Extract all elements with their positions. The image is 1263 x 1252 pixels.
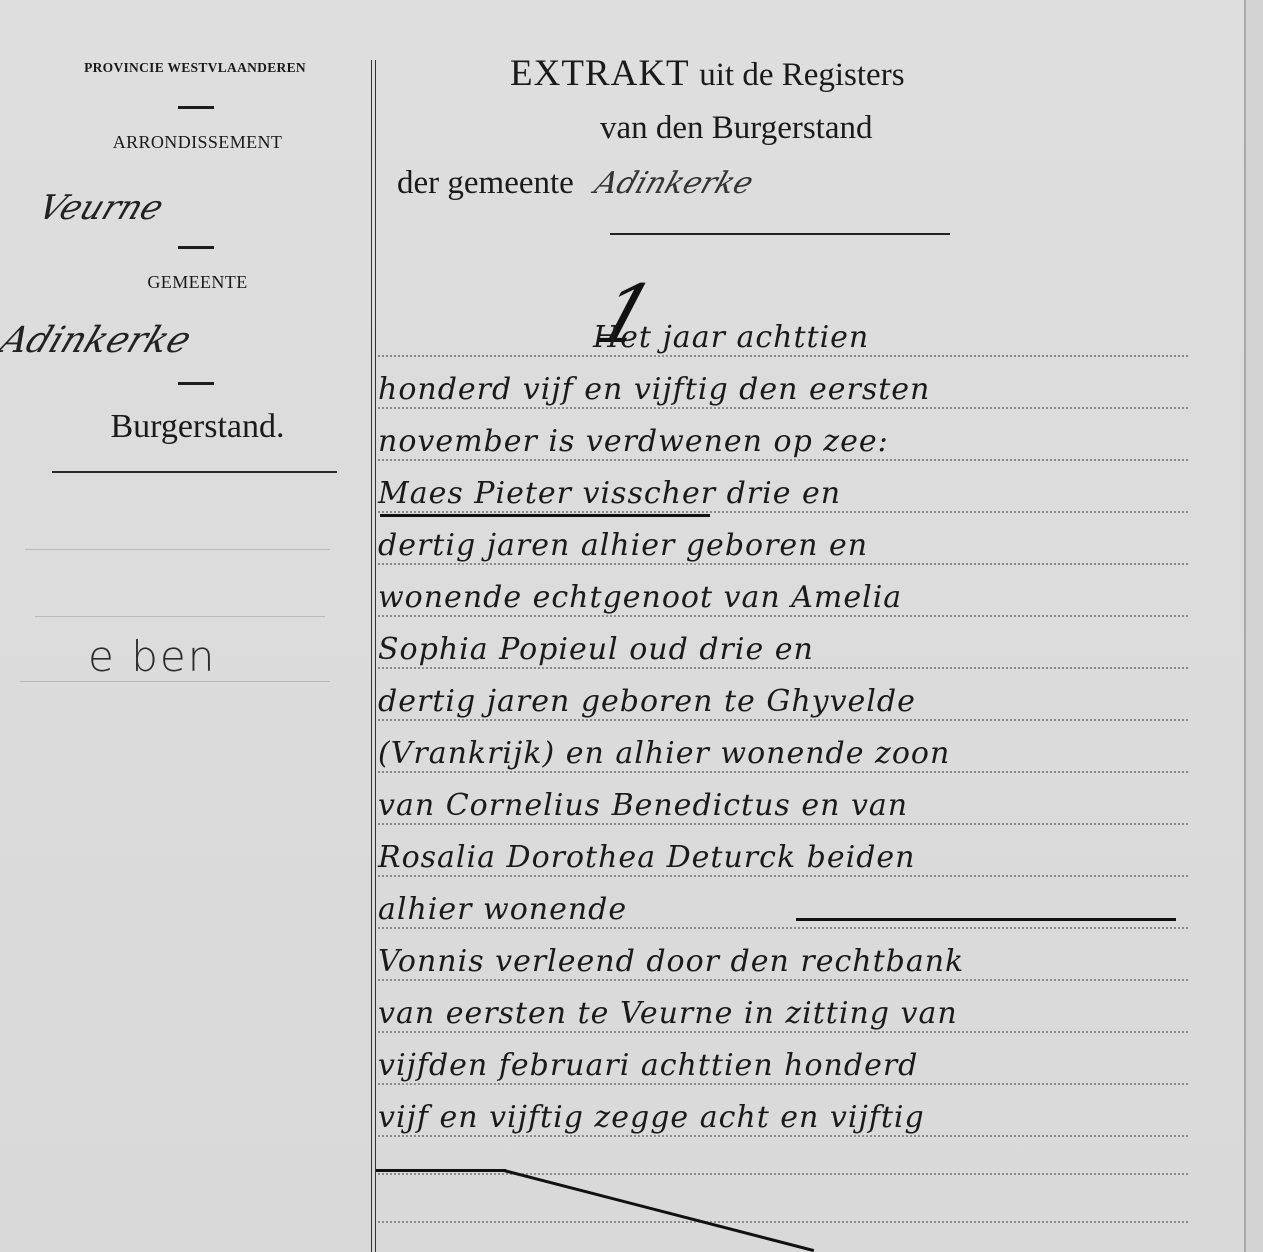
record-line: vijf en vijftig zegge acht en vijftig xyxy=(378,1100,925,1135)
record-line: alhier wonende xyxy=(378,892,627,927)
dotted-rule xyxy=(378,927,1188,929)
title-rule xyxy=(610,233,950,235)
margin-ruled-line xyxy=(25,549,330,550)
record-line: Vonnis verleend door den rechtbank xyxy=(378,944,964,979)
record-line: Het jaar achttien xyxy=(593,320,869,355)
municipality-line: der gemeente Adinkerke xyxy=(397,165,752,202)
closing-stroke-diagonal xyxy=(504,1169,815,1252)
column-divider xyxy=(371,60,372,1252)
left-header-column: PROVINCIE WESTVLAANDEREN ARRONDISSEMENT … xyxy=(0,0,370,1252)
extract-title-main: EXTRAKT xyxy=(510,53,689,94)
arrondissement-handwritten: Veurne xyxy=(33,188,169,228)
margin-ruled-line xyxy=(35,616,325,617)
document-page: PROVINCIE WESTVLAANDEREN ARRONDISSEMENT … xyxy=(0,0,1263,1252)
record-line: vijfden februari achttien honderd xyxy=(378,1048,918,1083)
dotted-rule xyxy=(378,1221,1188,1223)
record-line: van Cornelius Benedictus en van xyxy=(378,788,908,823)
dotted-rule xyxy=(378,355,1188,357)
dotted-rule xyxy=(378,771,1188,773)
record-line: honderd vijf en vijftig den eersten xyxy=(378,372,930,407)
dotted-rule xyxy=(378,875,1188,877)
gemeente-handwritten: Adinkerke xyxy=(0,320,197,361)
left-header-rule xyxy=(52,471,337,473)
record-line: Maes Pieter visscher drie en xyxy=(378,476,841,511)
dotted-rule xyxy=(378,1083,1188,1085)
dotted-rule xyxy=(378,1031,1188,1033)
name-underline xyxy=(380,514,710,517)
extract-subtitle: van den Burgerstand xyxy=(600,110,873,147)
dotted-rule xyxy=(378,1135,1188,1137)
dotted-rule xyxy=(378,615,1188,617)
dotted-rule xyxy=(378,719,1188,721)
record-line: november is verdwenen op zee: xyxy=(378,424,889,459)
closing-stroke xyxy=(376,1169,506,1172)
dotted-rule xyxy=(378,1173,1188,1175)
dotted-rule xyxy=(378,979,1188,981)
dotted-rule xyxy=(378,823,1188,825)
dotted-rule xyxy=(378,459,1188,461)
record-line: dertig jaren alhier geboren en xyxy=(378,528,868,563)
record-line: Sophia Popieul oud drie en xyxy=(378,632,814,667)
record-line: van eersten te Veurne in zitting van xyxy=(378,996,958,1031)
separator-dash xyxy=(178,246,214,249)
extract-title: EXTRAKT uit de Registers xyxy=(510,52,905,95)
record-line: (Vrankrijk) en alhier wonende zoon xyxy=(378,736,950,771)
dotted-rule xyxy=(378,563,1188,565)
municipality-handwritten: Adinkerke xyxy=(590,166,757,201)
page-edge xyxy=(1246,0,1263,1252)
margin-ruled-line xyxy=(20,681,330,682)
arrondissement-label: ARRONDISSEMENT xyxy=(0,132,395,153)
dotted-rule xyxy=(378,667,1188,669)
line-filler-stroke xyxy=(796,918,1176,921)
record-line: Rosalia Dorothea Deturck beiden xyxy=(378,840,915,875)
separator-dash xyxy=(178,106,214,109)
dotted-rule xyxy=(378,511,1188,513)
record-line: dertig jaren geboren te Ghyvelde xyxy=(378,684,916,719)
extract-title-rest: uit de Registers xyxy=(699,57,904,93)
column-divider xyxy=(375,60,376,1252)
burgerstand-label: Burgerstand. xyxy=(0,408,395,446)
margin-annotation: e ben xyxy=(88,632,216,681)
municipality-label: der gemeente xyxy=(397,165,574,201)
record-line: wonende echtgenoot van Amelia xyxy=(378,580,902,615)
separator-dash xyxy=(178,382,214,385)
gemeente-label: GEMEENTE xyxy=(0,272,395,293)
dotted-rule xyxy=(378,407,1188,409)
province-label: PROVINCIE WESTVLAANDEREN xyxy=(0,60,390,76)
